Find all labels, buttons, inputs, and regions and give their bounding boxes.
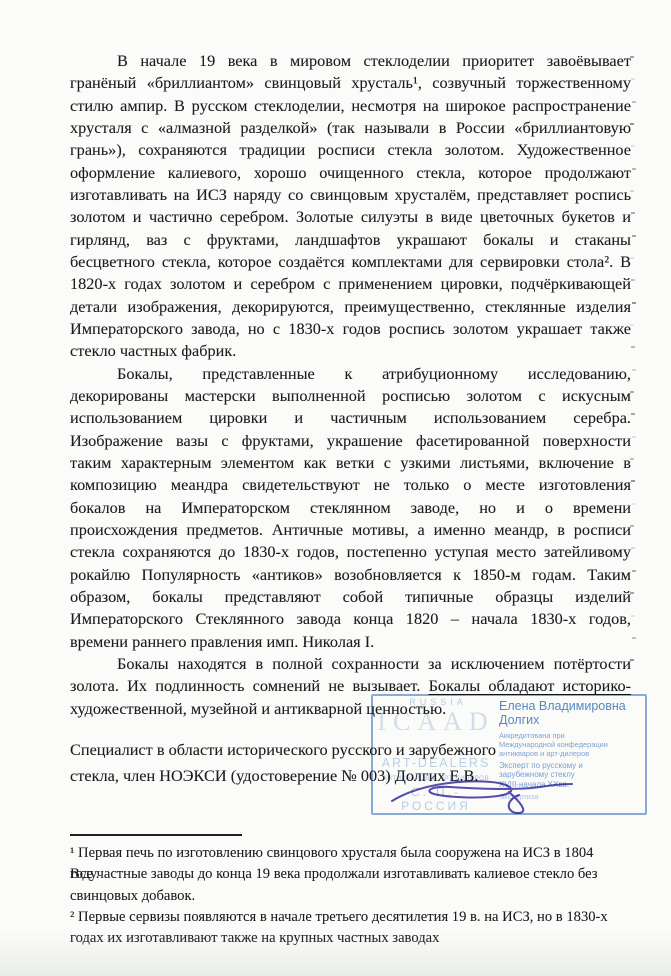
scan-speck	[631, 145, 635, 147]
scan-speck	[632, 101, 636, 103]
scan-speck	[630, 659, 634, 661]
footnote-separator	[70, 834, 242, 836]
text-line: декорированы мастерски выполненной роспи…	[70, 385, 631, 407]
text-line: бокалов на Императорском стеклянном заво…	[70, 497, 631, 519]
text-line: В начале 19 века в мировом стеклоделии п…	[70, 50, 631, 72]
scan-speck	[631, 346, 635, 348]
report-body-text: В начале 19 века в мировом стеклоделии п…	[70, 50, 631, 720]
text-line: Специалист в области исторического русск…	[70, 737, 631, 763]
text-line: ¹ Первая печь по изготовлению свинцового…	[70, 843, 622, 864]
text-line: грань»), сохраняются традиции росписи ст…	[70, 139, 631, 161]
scan-speck	[631, 413, 635, 415]
text-line: Изображение вазы с фруктами, украшение ф…	[70, 430, 631, 452]
scan-speck	[632, 637, 636, 639]
scan-speck	[630, 257, 634, 259]
scan-speck	[630, 190, 634, 192]
scan-speck	[631, 615, 635, 617]
text-line: свинцовых добавок.	[70, 886, 622, 907]
text-line: художественной, музейной и антикварной ц…	[70, 698, 631, 720]
scan-speck	[632, 570, 636, 572]
text-line: Императорского Стеклянного завода конца …	[70, 608, 631, 630]
scan-speck	[630, 592, 634, 594]
text-line: гранёный «бриллиантом» свинцовый хрустал…	[70, 72, 631, 94]
text-line: хрусталя с «алмазной разделкой» (так наз…	[70, 117, 631, 139]
scan-speck	[630, 56, 634, 58]
text-line: Все частные заводы до конца 19 века прод…	[70, 864, 622, 885]
scan-speck	[631, 78, 635, 80]
text-line: гирлянд, ваз с фруктами, ландшафтов укра…	[70, 229, 631, 251]
paragraph: Бокалы, представленные к атрибуционному …	[70, 363, 631, 653]
scan-speck	[632, 168, 636, 170]
text-line: использованием цировки и частичным испол…	[70, 407, 631, 429]
text-line: происхождения предметов. Античные мотивы…	[70, 519, 631, 541]
text-line: золота. Их подлинность сомнений не вызыв…	[70, 675, 631, 697]
text-line: Бокалы, представленные к атрибуционному …	[70, 363, 631, 385]
scanned-expert-report-page: В начале 19 века в мировом стеклоделии п…	[0, 0, 671, 976]
text-line: ² Первые сервизы появляются в начале тре…	[70, 907, 622, 928]
scan-speck	[632, 302, 636, 304]
scan-speck	[631, 547, 635, 549]
scan-speck	[630, 525, 634, 527]
scan-speck	[632, 235, 636, 237]
text-line: рокайлю Популярность «антиков» возобновл…	[70, 564, 631, 586]
scan-speck	[631, 279, 635, 281]
text-line: Императорского завода, но с 1830-х годов…	[70, 318, 631, 340]
scan-speck	[632, 369, 636, 371]
scan-speck	[630, 123, 634, 125]
scan-speck	[630, 391, 634, 393]
scan-speck	[630, 324, 634, 326]
text-line: золотом и частично серебром. Золотые сил…	[70, 206, 631, 228]
text-line: Бокалы находятся в полной сохранности за…	[70, 653, 631, 675]
text-line: годах их изготавливают также на крупных …	[70, 928, 622, 949]
paragraph: В начале 19 века в мировом стеклоделии п…	[70, 50, 631, 363]
text-line: композицию меандра свидетельствуют не то…	[70, 474, 631, 496]
scan-speck	[631, 212, 635, 214]
text-line: бесцветного стекла, которое создаётся ко…	[70, 251, 631, 273]
text-line: времени раннего правления имп. Николая I…	[70, 631, 631, 653]
footnotes: ¹ Первая печь по изготовлению свинцового…	[70, 843, 622, 949]
text-line: изготавливать на ИСЗ наряду со свинцовым…	[70, 184, 631, 206]
text-line: образом, бокалы представляют собой типич…	[70, 586, 631, 608]
text-line: детали изображения, декорируются, преиму…	[70, 296, 631, 318]
paragraph: Бокалы находятся в полной сохранности за…	[70, 653, 631, 720]
scan-speck	[631, 480, 635, 482]
text-line: стилю ампир. В русском стеклоделии, несм…	[70, 95, 631, 117]
text-line: стекло частных фабрик.	[70, 340, 631, 362]
scan-speck	[630, 458, 634, 460]
text-line: оформление калиевого, хорошо очищенного …	[70, 162, 631, 184]
text-line: таким характерным элементом как ветки с …	[70, 452, 631, 474]
text-line: стекла сохраняются до 1830-х годов, пост…	[70, 541, 631, 563]
text-line: 1820-х годах золотом и серебром с примен…	[70, 273, 631, 295]
scan-speck	[632, 503, 636, 505]
scan-speck	[632, 436, 636, 438]
handwritten-signature	[388, 774, 588, 816]
